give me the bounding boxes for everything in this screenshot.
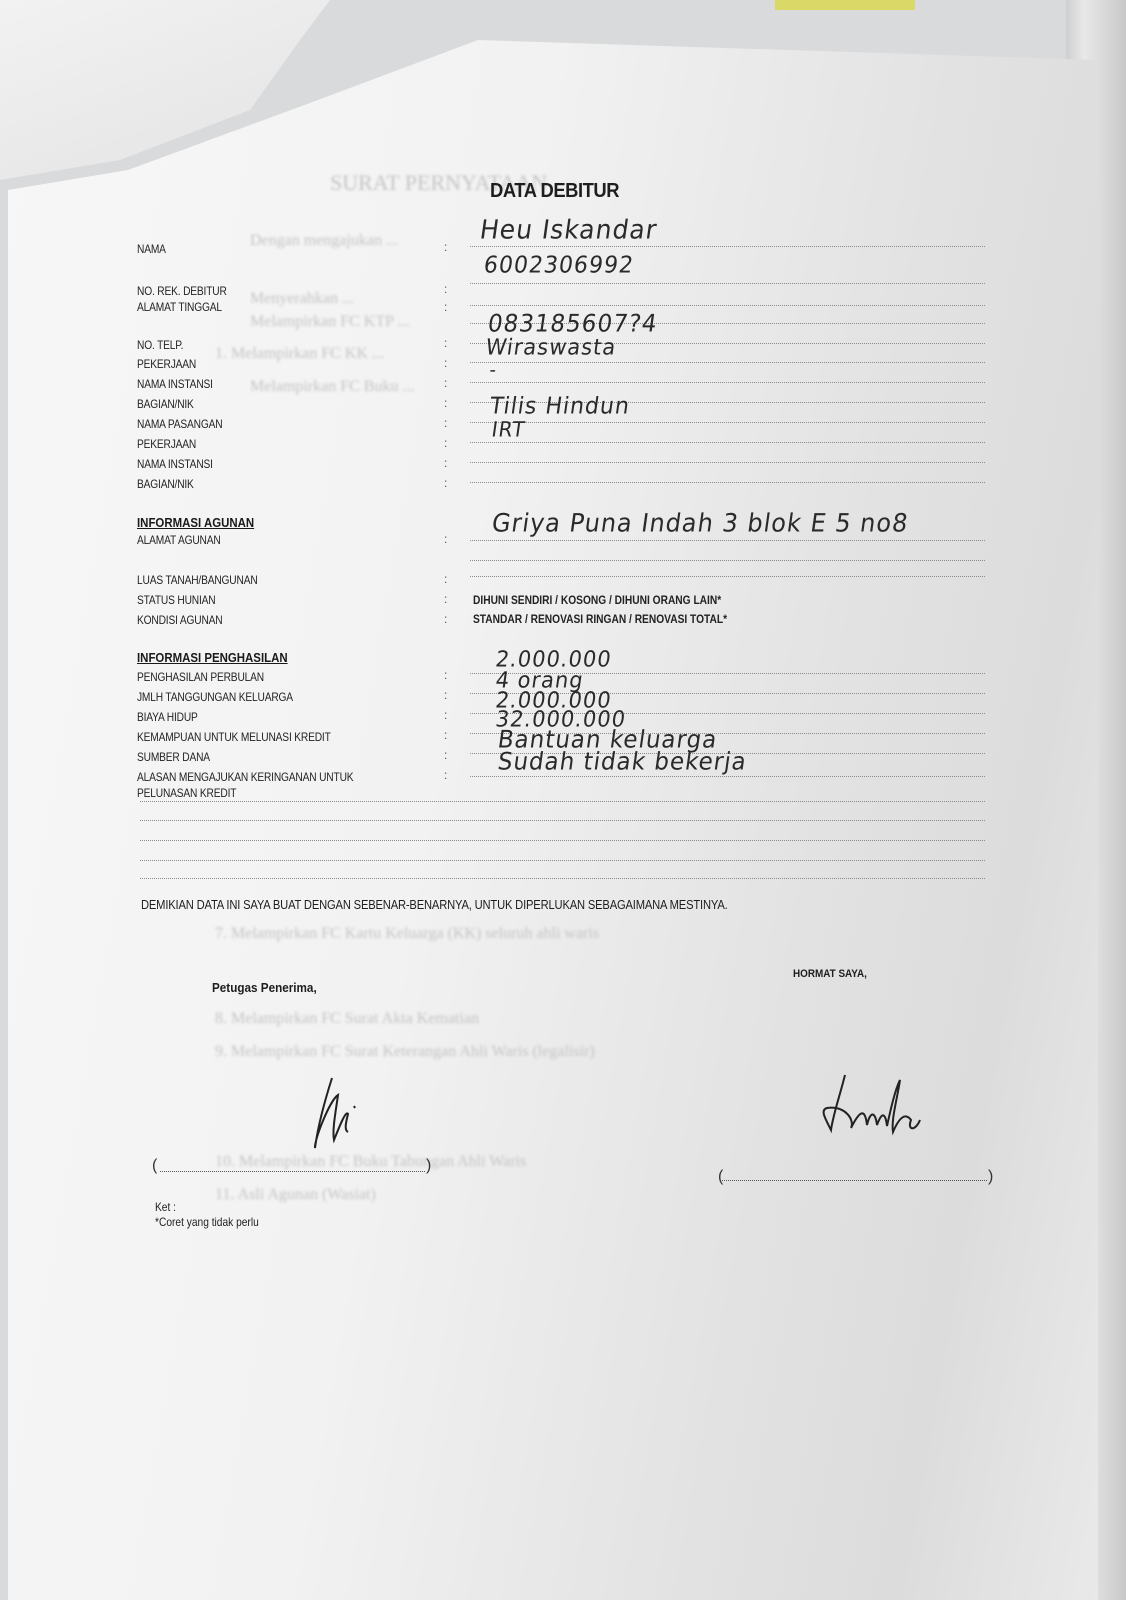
field-line	[470, 576, 985, 577]
colon: :	[444, 612, 447, 626]
colon: :	[444, 240, 447, 254]
section-heading-agunan: INFORMASI AGUNAN	[137, 515, 254, 530]
field-label-nama: NAMA	[137, 242, 166, 256]
field-label-pekerjaan-pasangan: PEKERJAAN	[137, 437, 196, 451]
field-label-sumber-dana: SUMBER DANA	[137, 750, 210, 764]
field-label-bagian-nik: BAGIAN/NIK	[137, 397, 194, 411]
blank-line	[140, 820, 985, 821]
colon: :	[444, 532, 447, 546]
bracket-open: (	[152, 1157, 157, 1175]
ghost-text: 11. Asli Agunan (Wasiat)	[215, 1186, 376, 1204]
field-value-pekerjaan[interactable]: Wiraswasta	[484, 335, 618, 360]
field-label-nama-instansi-pasangan: NAMA INSTANSI	[137, 457, 213, 471]
field-label-penghasilan: PENGHASILAN PERBULAN	[137, 670, 264, 684]
field-value-pekerjaan-pasangan[interactable]: IRT	[490, 417, 527, 442]
colon: :	[444, 728, 447, 742]
bracket-open: (	[718, 1168, 723, 1186]
note-text: *Coret yang tidak perlu	[155, 1215, 259, 1229]
section-heading-penghasilan: INFORMASI PENGHASILAN	[137, 650, 288, 665]
officer-signature	[310, 1070, 390, 1150]
field-label-status-hunian: STATUS HUNIAN	[137, 593, 215, 607]
note-heading: Ket :	[155, 1200, 176, 1214]
colon: :	[444, 592, 447, 606]
officer-signature-line	[160, 1171, 425, 1172]
blank-line	[140, 878, 985, 879]
field-line	[470, 540, 985, 541]
field-label-alasan: ALASAN MENGAJUKAN KERINGANAN UNTUK	[137, 770, 353, 784]
blank-line	[140, 840, 985, 841]
blank-line	[140, 801, 985, 802]
field-value-alasan[interactable]: Sudah tidak bekerja	[496, 749, 749, 776]
field-value-alamat-agunan[interactable]: Griya Puna Indah 3 blok E 5 no8	[490, 509, 911, 538]
field-label-no-rek: NO. REK. DEBITUR	[137, 284, 227, 298]
ghost-text: 1. Melampirkan FC KK ...	[215, 345, 384, 363]
ghost-text: 8. Melampirkan FC Surat Akta Kematian	[215, 1010, 479, 1028]
field-line	[470, 382, 985, 383]
field-label-kemampuan: KEMAMPUAN UNTUK MELUNASI KREDIT	[137, 730, 331, 744]
colon: :	[444, 572, 447, 586]
field-label-pekerjaan: PEKERJAAN	[137, 357, 196, 371]
colon: :	[444, 748, 447, 762]
bracket-close: )	[426, 1157, 431, 1175]
field-line	[470, 560, 985, 561]
colon: :	[444, 396, 447, 410]
bracket-close: )	[988, 1168, 993, 1186]
field-value-no-rek[interactable]: 6002306992	[482, 253, 636, 279]
field-line	[470, 462, 985, 463]
field-label-biaya-hidup: BIAYA HIDUP	[137, 710, 198, 724]
ghost-text: Dengan mengajukan ...	[250, 232, 398, 250]
field-label-kondisi-agunan: KONDISI AGUNAN	[137, 613, 222, 627]
colon: :	[444, 436, 447, 450]
field-label-no-telp: NO. TELP.	[137, 338, 183, 352]
colon: :	[444, 336, 447, 350]
field-label-alasan-cont: PELUNASAN KREDIT	[137, 786, 236, 800]
field-label-bagian-nik-pasangan: BAGIAN/NIK	[137, 477, 194, 491]
colon: :	[444, 300, 447, 314]
document-title: DATA DEBITUR	[490, 180, 619, 203]
ghost-text: 9. Melampirkan FC Surat Keterangan Ahli …	[215, 1043, 595, 1061]
ghost-text: 7. Melampirkan FC Kartu Keluarga (KK) se…	[215, 925, 599, 943]
field-line	[470, 442, 985, 443]
debtor-signature-line	[722, 1180, 987, 1181]
signature-label-officer: Petugas Penerima,	[212, 980, 317, 995]
colon: :	[444, 476, 447, 490]
field-line	[470, 283, 985, 284]
ghost-text: 10. Melampirkan FC Buku Tabungan Ahli Wa…	[215, 1153, 526, 1171]
field-line	[470, 362, 985, 363]
field-label-nama-pasangan: NAMA PASANGAN	[137, 417, 222, 431]
field-label-tanggungan: JMLH TANGGUNGAN KELUARGA	[137, 690, 293, 704]
ghost-text: Melampirkan FC KTP ...	[250, 313, 409, 331]
field-value-nama[interactable]: Heu Iskandar	[478, 215, 659, 245]
field-label-luas: LUAS TANAH/BANGUNAN	[137, 573, 258, 587]
field-line	[470, 422, 985, 423]
colon: :	[444, 282, 447, 296]
field-label-alamat-agunan: ALAMAT AGUNAN	[137, 533, 221, 547]
colon: :	[444, 668, 447, 682]
field-label-alamat: ALAMAT TINGGAL	[137, 300, 222, 314]
field-line	[470, 246, 985, 247]
colon: :	[444, 376, 447, 390]
colon: :	[444, 356, 447, 370]
signature-label-debtor: HORMAT SAYA,	[793, 968, 867, 980]
field-label-nama-instansi: NAMA INSTANSI	[137, 377, 213, 391]
option-kondisi-agunan[interactable]: STANDAR / RENOVASI RINGAN / RENOVASI TOT…	[473, 612, 727, 626]
colon: :	[444, 688, 447, 702]
blank-line	[140, 860, 985, 861]
ghost-text: Menyerahkan ...	[250, 290, 354, 308]
declaration-statement: DEMIKIAN DATA INI SAYA BUAT DENGAN SEBEN…	[141, 897, 728, 912]
option-status-hunian[interactable]: DIHUNI SENDIRI / KOSONG / DIHUNI ORANG L…	[473, 593, 721, 607]
ghost-text: Melampirkan FC Buku ...	[250, 378, 414, 396]
field-line	[470, 776, 985, 777]
background-yellow-object	[775, 0, 915, 10]
colon: :	[444, 768, 447, 782]
colon: :	[444, 456, 447, 470]
colon: :	[444, 416, 447, 430]
field-line	[470, 305, 985, 306]
debtor-signature	[815, 1070, 985, 1160]
colon: :	[444, 708, 447, 722]
field-line	[470, 482, 985, 483]
